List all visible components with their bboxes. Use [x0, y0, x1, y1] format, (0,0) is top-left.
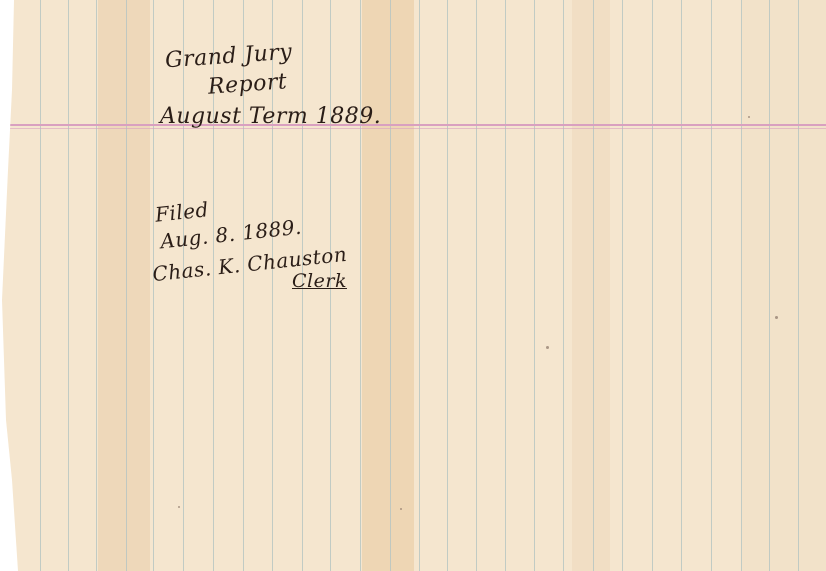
filed-label: Filed	[154, 197, 210, 226]
paper-speck	[178, 506, 180, 508]
ruling-line	[798, 0, 799, 571]
fold-stain-center	[362, 0, 414, 571]
paper-speck	[775, 316, 778, 319]
ruling-line	[534, 0, 535, 571]
ruling-line	[447, 0, 448, 571]
title-line-3: August Term 1889.	[160, 104, 381, 129]
ruling-line	[741, 0, 742, 571]
paper-speck	[748, 116, 750, 118]
ruling-line	[96, 0, 97, 571]
clerk-title: Clerk	[292, 270, 347, 292]
fold-stain-left	[98, 0, 150, 571]
ruling-line	[360, 0, 361, 571]
ruling-line	[622, 0, 623, 571]
ruling-line	[769, 0, 770, 571]
paper-speck	[546, 346, 549, 349]
ruling-line	[476, 0, 477, 571]
paper-sheet: Grand Jury Report August Term 1889. File…	[0, 0, 826, 571]
ruling-line	[593, 0, 594, 571]
paper-speck	[400, 508, 402, 510]
ruling-line	[652, 0, 653, 571]
ruling-line	[419, 0, 420, 571]
ruling-line	[563, 0, 564, 571]
title-line-2: Report	[207, 69, 288, 99]
ruling-line	[68, 0, 69, 571]
margin-rule	[0, 124, 826, 126]
ruling-line	[390, 0, 391, 571]
ruling-line	[183, 0, 184, 571]
ruling-line	[40, 0, 41, 571]
ruling-line	[681, 0, 682, 571]
ruling-line	[505, 0, 506, 571]
margin-rule	[0, 128, 826, 129]
fold-stain-right	[572, 0, 610, 571]
ruling-line	[711, 0, 712, 571]
ruling-line	[126, 0, 127, 571]
fold-stain-far-right	[742, 0, 826, 571]
